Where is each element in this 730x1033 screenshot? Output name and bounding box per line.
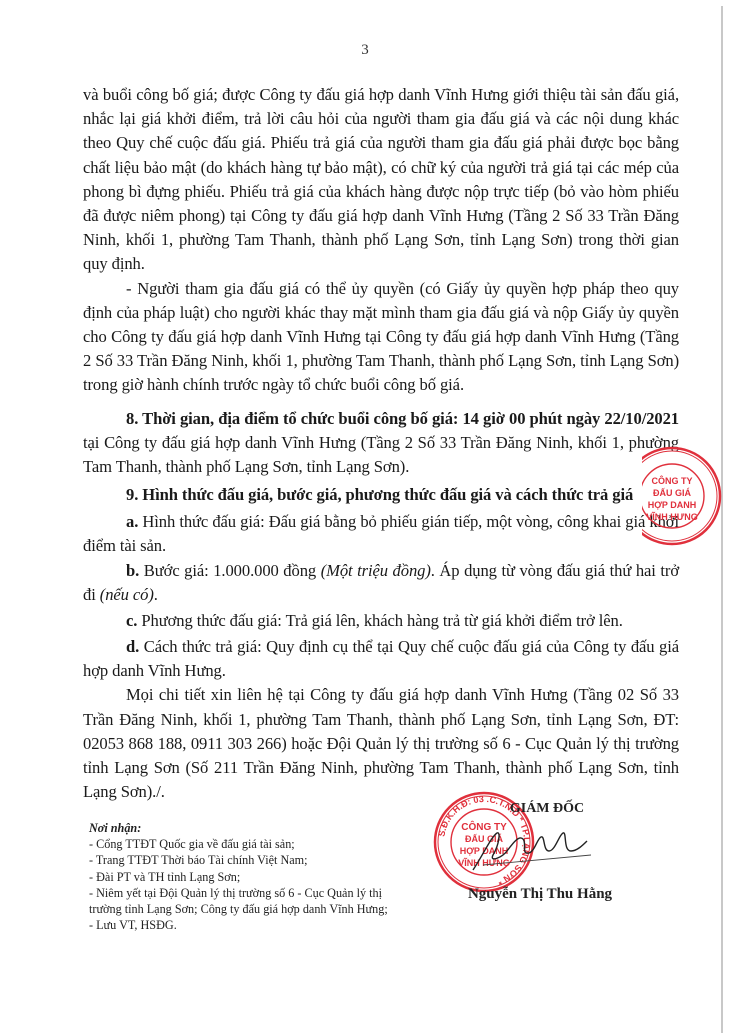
item-d-label: d. xyxy=(126,637,139,656)
section-8-date: 22/10/2021 xyxy=(604,409,679,428)
document-body: và buổi công bố giá; được Công ty đấu gi… xyxy=(83,83,679,804)
item-a-text: Hình thức đấu giá: Đấu giá bằng bỏ phiếu… xyxy=(83,512,679,555)
recipient-item: - Đài PT và TH tỉnh Lạng Sơn; xyxy=(89,869,389,885)
item-c-label: c. xyxy=(126,611,137,630)
svg-text:HỢP DANH: HỢP DANH xyxy=(648,500,697,510)
section-8-time: 14 giờ 00 phút ngày xyxy=(458,409,604,428)
section-8-location: tại Công ty đấu giá hợp danh Vĩnh Hưng (… xyxy=(83,433,679,476)
item-b: b. Bước giá: 1.000.000 đồng (Một triệu đ… xyxy=(83,559,679,607)
recipients-block: Nơi nhận: - Cổng TTĐT Quốc gia về đấu gi… xyxy=(89,820,389,933)
svg-text:VĨNH HƯNG: VĨNH HƯNG xyxy=(646,512,697,522)
section-8-heading: 8. Thời gian, địa điểm tổ chức buổi công… xyxy=(126,409,458,428)
item-d-text: Cách thức trả giá: Quy định cụ thể tại Q… xyxy=(83,637,679,680)
paragraph-authorization: - Người tham gia đấu giá có thể ủy quyền… xyxy=(83,277,679,398)
margin-stamp: CÔNG TY ĐẤU GIÁ HỢP DANH VĨNH HƯNG xyxy=(642,444,730,548)
item-a-label: a. xyxy=(126,512,138,531)
item-a: a. Hình thức đấu giá: Đấu giá bằng bỏ ph… xyxy=(83,510,679,558)
svg-text:CÔNG TY: CÔNG TY xyxy=(651,475,692,486)
signatory-name: Nguyễn Thị Thu Hằng xyxy=(440,886,640,903)
item-b-note: (nếu có) xyxy=(100,585,154,604)
item-c-text: Phương thức đấu giá: Trả giá lên, khách … xyxy=(137,611,622,630)
section-8: 8. Thời gian, địa điểm tổ chức buổi công… xyxy=(83,407,679,480)
handwritten-signature xyxy=(463,825,593,875)
item-d: d. Cách thức trả giá: Quy định cụ thể tạ… xyxy=(83,635,679,683)
contact-paragraph: Mọi chi tiết xin liên hệ tại Công ty đấu… xyxy=(83,683,679,804)
recipient-item: - Lưu VT, HSĐG. xyxy=(89,917,389,933)
page-number: 3 xyxy=(0,42,730,59)
item-b-label: b. xyxy=(126,561,139,580)
recipient-item: - Trang TTĐT Thời báo Tài chính Việt Nam… xyxy=(89,852,389,868)
paragraph-submission: và buổi công bố giá; được Công ty đấu gi… xyxy=(83,83,679,277)
signatory-title: GIÁM ĐỐC xyxy=(487,801,607,817)
recipient-item: - Cổng TTĐT Quốc gia về đấu giá tài sản; xyxy=(89,836,389,852)
svg-text:ĐẤU GIÁ: ĐẤU GIÁ xyxy=(653,488,692,498)
item-b-text: Bước giá: 1.000.000 đồng xyxy=(139,561,321,580)
recipients-title: Nơi nhận: xyxy=(89,820,389,836)
recipient-item: - Niêm yết tại Đội Quản lý thị trường số… xyxy=(89,885,389,917)
item-b-end: . xyxy=(154,585,158,604)
item-c: c. Phương thức đấu giá: Trả giá lên, khá… xyxy=(83,607,679,635)
section-9-heading: 9. Hình thức đấu giá, bước giá, phương t… xyxy=(83,479,679,510)
item-b-amount-words: (Một triệu đồng) xyxy=(321,561,431,580)
